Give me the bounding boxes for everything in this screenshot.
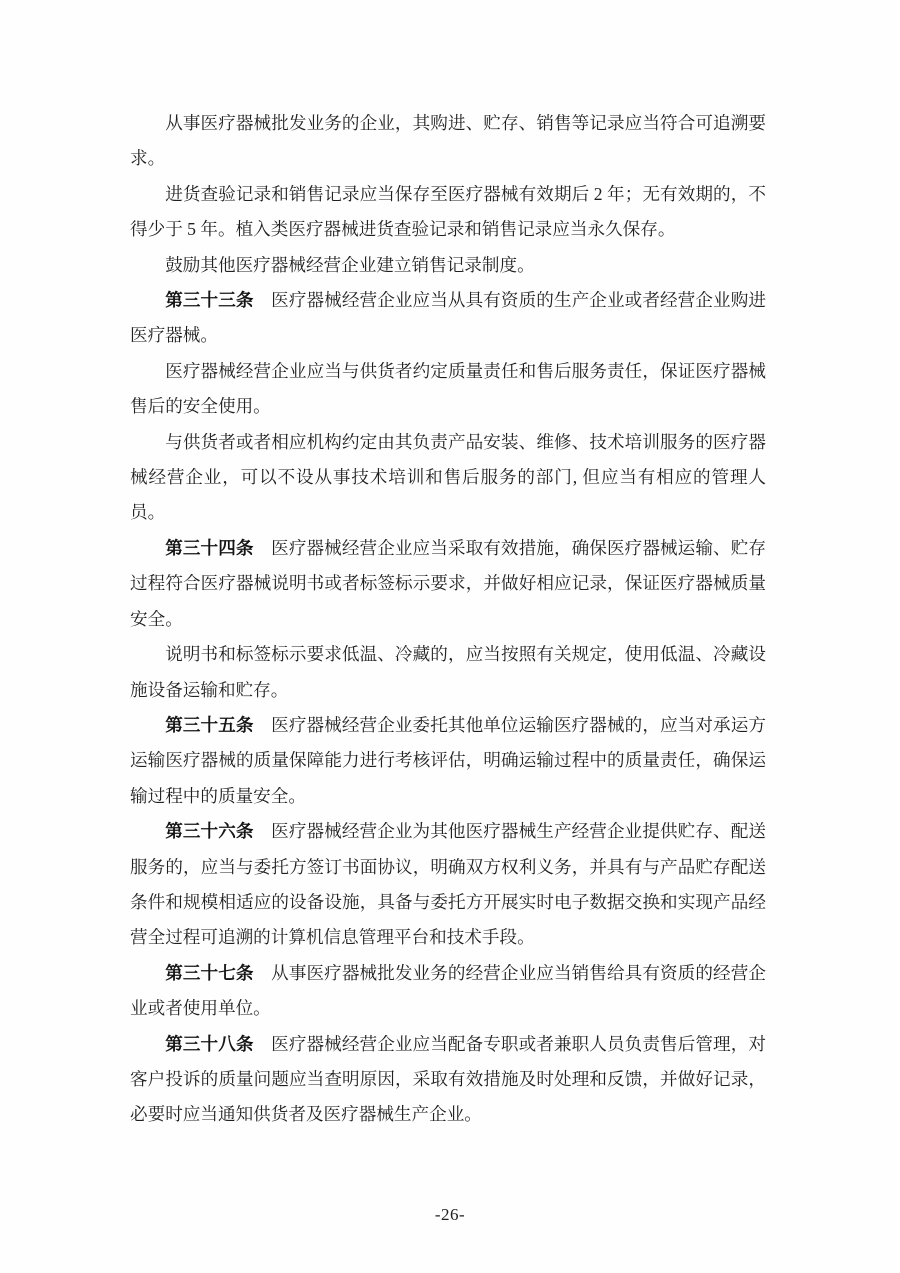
- article-number: 第三十七条: [165, 963, 253, 983]
- paragraph-article-37: 第三十七条从事医疗器械批发业务的经营企业应当销售给具有资质的经营企业或者使用单位…: [130, 956, 766, 1027]
- paragraph: 医疗器械经营企业应当与供货者约定质量责任和售后服务责任，保证医疗器械售后的安全使…: [130, 354, 766, 425]
- paragraph-text: 说明书和标签标示要求低温、冷藏的，应当按照有关规定，使用低温、冷藏设施设备运输和…: [130, 644, 766, 699]
- paragraph-article-33: 第三十三条医疗器械经营企业应当从具有资质的生产企业或者经营企业购进医疗器械。: [130, 283, 766, 354]
- article-number: 第三十六条: [165, 821, 253, 841]
- paragraph-text: 进货查验记录和销售记录应当保存至医疗器械有效期后 2 年；无有效期的，不得少于 …: [130, 184, 766, 239]
- paragraph: 说明书和标签标示要求低温、冷藏的，应当按照有关规定，使用低温、冷藏设施设备运输和…: [130, 637, 766, 708]
- paragraph-article-36: 第三十六条医疗器械经营企业为其他医疗器械生产经营企业提供贮存、配送服务的，应当与…: [130, 814, 766, 956]
- paragraph-text: 与供货者或者相应机构约定由其负责产品安装、维修、技术培训服务的医疗器械经营企业，…: [130, 432, 766, 523]
- paragraph: 进货查验记录和销售记录应当保存至医疗器械有效期后 2 年；无有效期的，不得少于 …: [130, 177, 766, 248]
- article-number: 第三十八条: [165, 1034, 253, 1054]
- paragraph-article-34: 第三十四条医疗器械经营企业应当采取有效措施，确保医疗器械运输、贮存过程符合医疗器…: [130, 531, 766, 637]
- article-number: 第三十五条: [165, 715, 253, 735]
- paragraph: 从事医疗器械批发业务的企业，其购进、贮存、销售等记录应当符合可追溯要求。: [130, 106, 766, 177]
- paragraph-text: 从事医疗器械批发业务的企业，其购进、贮存、销售等记录应当符合可追溯要求。: [130, 113, 766, 168]
- paragraph-article-35: 第三十五条医疗器械经营企业委托其他单位运输医疗器械的，应当对承运方运输医疗器械的…: [130, 708, 766, 814]
- article-number: 第三十三条: [165, 290, 253, 310]
- paragraph: 与供货者或者相应机构约定由其负责产品安装、维修、技术培训服务的医疗器械经营企业，…: [130, 425, 766, 531]
- page-number: -26-: [0, 1205, 900, 1225]
- document-page: 从事医疗器械批发业务的企业，其购进、贮存、销售等记录应当符合可追溯要求。 进货查…: [0, 0, 900, 1273]
- paragraph: 鼓励其他医疗器械经营企业建立销售记录制度。: [130, 248, 766, 283]
- paragraph-text: 鼓励其他医疗器械经营企业建立销售记录制度。: [165, 255, 534, 275]
- paragraph-article-38: 第三十八条医疗器械经营企业应当配备专职或者兼职人员负责售后管理，对客户投诉的质量…: [130, 1027, 766, 1133]
- article-number: 第三十四条: [165, 538, 253, 558]
- paragraph-text: 医疗器械经营企业应当与供货者约定质量责任和售后服务责任，保证医疗器械售后的安全使…: [130, 361, 766, 416]
